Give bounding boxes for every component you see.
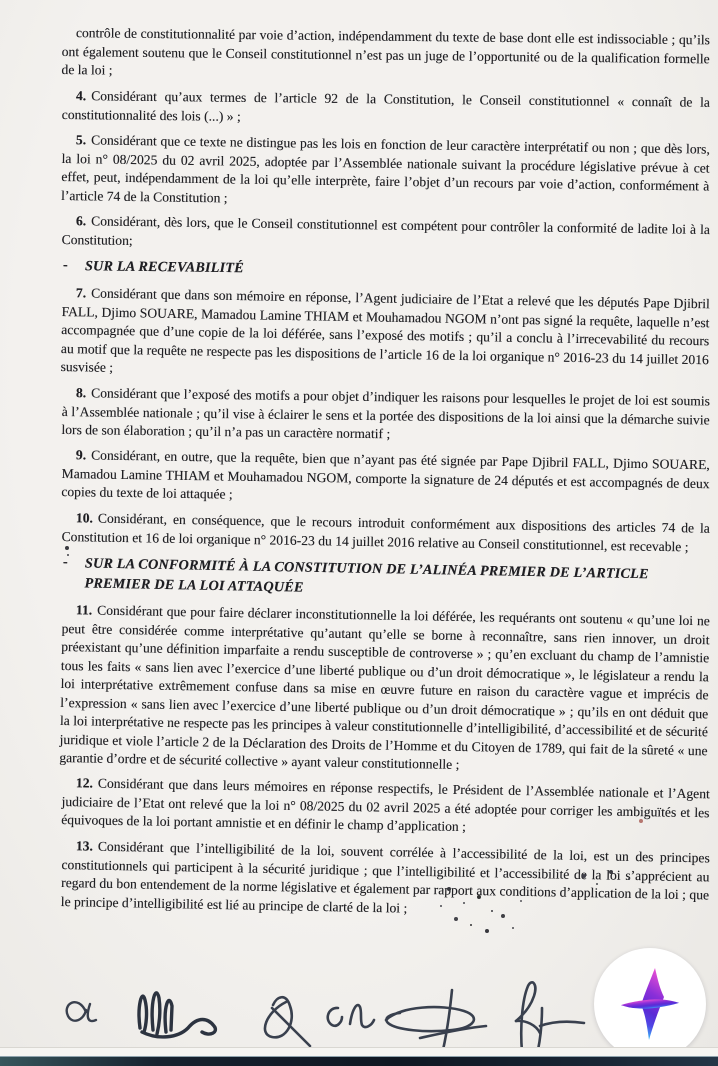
- scanned-document-page: contrôle de constitutionnalité par voie …: [0, 0, 718, 1066]
- paragraph: contrôle de constitutionnalité par voie …: [61, 24, 710, 87]
- heading-dash: -: [63, 553, 68, 573]
- sparkle-icon: [619, 967, 681, 1041]
- paragraph: 13.Considérant que l’intelligibilité de …: [61, 837, 710, 923]
- paragraph: 9.Considérant, en outre, que la requête,…: [61, 446, 710, 512]
- paragraph-text: Considérant, en conséquence, que le reco…: [61, 510, 709, 553]
- paragraph: 4.Considérant qu’aux termes de l’article…: [62, 87, 710, 131]
- section-heading-recevabilite: - SUR LA RECEVABILITÉ: [62, 257, 710, 284]
- paragraph: 12.Considérant que dans leurs mémoires e…: [61, 774, 710, 841]
- paragraph-text: Considérant que dans leurs mémoires en r…: [61, 776, 710, 834]
- paragraph-number: 13.: [76, 838, 93, 853]
- paragraph-number: 6.: [76, 213, 86, 228]
- paragraph-number: 10.: [76, 510, 93, 525]
- heading-text: SUR LA CONFORMITÉ À LA CONSTITUTION DE L…: [84, 555, 648, 595]
- paragraph-text: Considérant que pour faire déclarer inco…: [59, 602, 710, 771]
- paragraph-text: Considérant que l’intelligibilité de la …: [61, 838, 710, 914]
- paragraph-number: 12.: [76, 775, 93, 790]
- paragraph-number: 5.: [76, 132, 86, 147]
- paragraph-number: 8.: [76, 385, 86, 400]
- screen-bottom-bar: [0, 1056, 718, 1066]
- paragraph: 7.Considérant que dans son mémoire en ré…: [60, 284, 710, 388]
- heading-text: SUR LA RECEVABILITÉ: [85, 258, 244, 276]
- heading-dash: -: [63, 256, 68, 276]
- assistant-logo-badge: [594, 948, 706, 1060]
- paragraph-number: 7.: [76, 285, 86, 300]
- document-body: contrôle de constitutionnalité par voie …: [62, 24, 710, 918]
- paragraph-text: Considérant que dans son mémoire en répo…: [60, 286, 709, 375]
- paragraph-text: Considérant qu’aux termes de l’article 9…: [62, 88, 710, 123]
- paragraph-number: 11.: [76, 602, 93, 617]
- paragraph-number: 4.: [76, 88, 86, 103]
- section-heading-conformite: - SUR LA CONFORMITÉ À LA CONSTITUTION DE…: [61, 554, 710, 605]
- ink-speckles: [0, 0, 2, 2]
- paragraph-text: contrôle de constitutionnalité par voie …: [61, 25, 710, 77]
- paragraph-text: Considérant, dès lors, que le Conseil co…: [62, 213, 710, 247]
- paragraph-text: Considérant que ce texte ne distingue pa…: [61, 132, 710, 205]
- paragraph: 6.Considérant, dès lors, que le Conseil …: [61, 212, 709, 258]
- paragraph-text: Considérant que l’exposé des motifs a po…: [61, 385, 710, 441]
- paragraph: 5.Considérant que ce texte ne distingue …: [61, 131, 710, 215]
- paragraph-text: Considérant, en outre, que la requête, b…: [61, 447, 710, 501]
- paragraph: 8.Considérant que l’exposé des motifs a …: [61, 384, 710, 448]
- paragraph: 10.Considérant, en conséquence, que le r…: [61, 509, 710, 557]
- paragraph-number: 9.: [76, 447, 86, 462]
- paragraph: 11.Considérant que pour faire déclarer i…: [59, 601, 710, 779]
